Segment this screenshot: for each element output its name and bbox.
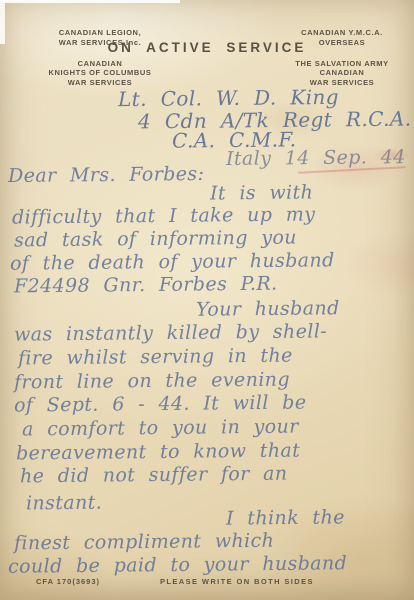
body-line: I think the (226, 506, 345, 529)
body-line: front line on the evening (14, 369, 290, 394)
body-line: of Sept. 6 - 44. It will be (14, 391, 307, 416)
footer-notice: PLEASE WRITE ON BOTH SIDES (160, 577, 314, 586)
body-line: It is with (210, 181, 313, 204)
scan-edge-left (0, 0, 5, 44)
body-line: finest compliment which (14, 530, 274, 555)
org-knights-of-columbus: CANADIAN KNIGHTS OF COLUMBUS WAR SERVICE… (28, 59, 172, 88)
body-line: was instantly killed by shell- (14, 320, 327, 345)
letter-page: CANADIAN LEGION, WAR SERVICES Inc. CANAD… (0, 0, 414, 600)
org-salvation-army: THE SALVATION ARMY CANADIAN WAR SERVICES (278, 59, 406, 88)
body-line: of the death of your husband (10, 249, 335, 274)
org-line: CANADIAN (278, 68, 406, 78)
form-number: CFA 170(3693) (36, 577, 100, 586)
body-line: sad task of informing you (14, 227, 297, 252)
org-line: CANADIAN LEGION, (28, 28, 172, 38)
salutation: Dear Mrs. Forbes: (8, 163, 205, 187)
scan-edge-top (0, 0, 180, 3)
org-line: THE SALVATION ARMY (278, 59, 406, 69)
org-line: CANADIAN (28, 59, 172, 69)
body-line: difficulty that I take up my (12, 203, 316, 228)
red-pencil-smudge (372, 148, 412, 162)
org-line: KNIGHTS OF COLUMBUS (28, 68, 172, 78)
body-line: fire whilst serving in the (18, 345, 293, 370)
body-line: Your husband (196, 297, 340, 321)
body-line: a comfort to you in your (22, 416, 299, 441)
body-line: instant. (26, 492, 102, 515)
body-line: F24498 Gnr. Forbes P.R. (14, 273, 278, 298)
body-line: bereavement to know that (16, 440, 300, 465)
org-line: CANADIAN Y.M.C.A. (278, 28, 406, 38)
org-line: OVERSEAS (278, 38, 406, 48)
body-line: could be paid to your husband (8, 552, 347, 578)
body-line: he did not suffer for an (20, 463, 288, 488)
org-ymca: CANADIAN Y.M.C.A. OVERSEAS (278, 28, 406, 48)
